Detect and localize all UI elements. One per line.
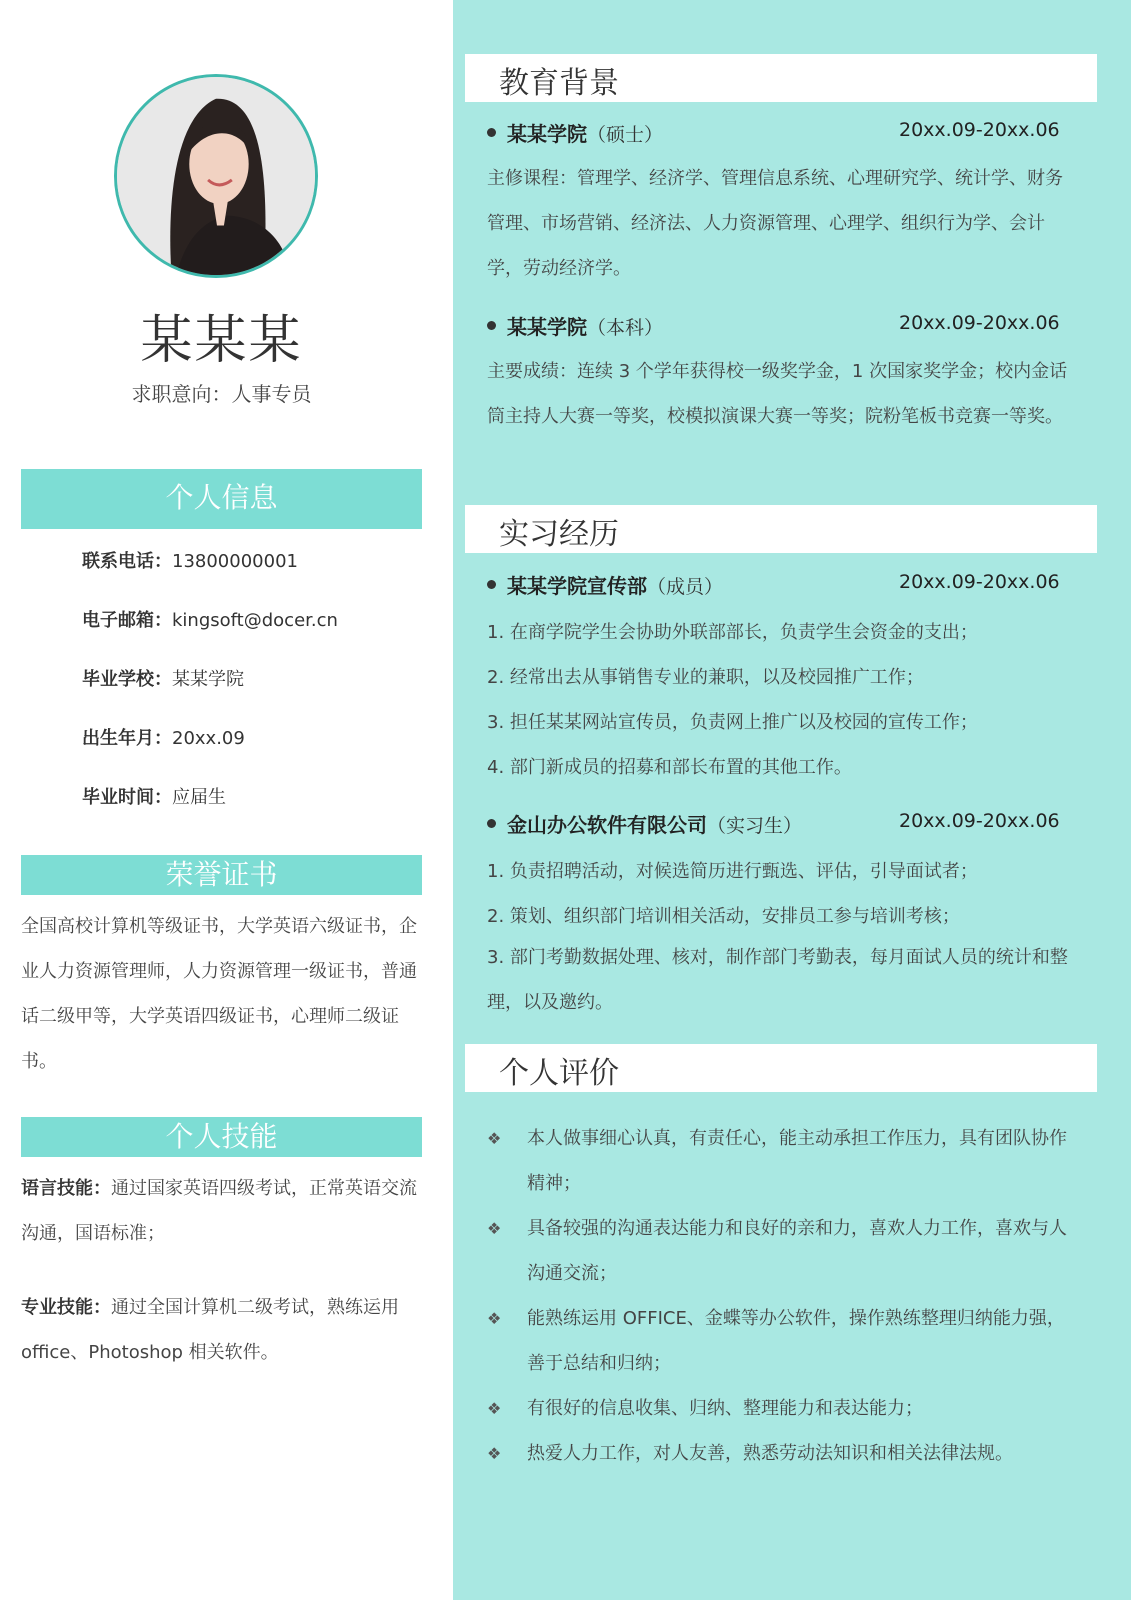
skill-label: 专业技能： bbox=[21, 1297, 111, 1318]
education-2-achievements: 主要成绩：连续 3 个学年获得校一级奖学金，1 次国家奖学金；校内金话筒主持人大… bbox=[487, 349, 1077, 439]
info-row-email: 电子邮箱：kingsoft@docer.cn bbox=[82, 606, 338, 632]
info-value: kingsoft@docer.cn bbox=[172, 610, 338, 631]
section-title: 个人技能 bbox=[165, 1120, 277, 1153]
skill-professional: 专业技能：通过全国计算机二级考试，熟练运用 office、Photoshop 相… bbox=[21, 1285, 426, 1375]
info-label: 联系电话： bbox=[82, 551, 172, 572]
portrait-photo bbox=[117, 77, 315, 275]
certificates-text: 全国高校计算机等级证书，大学英语六级证书，企业人力资源管理师，人力资源管理一级证… bbox=[21, 904, 426, 1084]
candidate-name: 某某某 bbox=[0, 298, 443, 373]
degree: （本科） bbox=[587, 317, 663, 339]
diamond-bullet-icon: ❖ bbox=[487, 1386, 501, 1431]
section-title: 荣誉证书 bbox=[165, 858, 277, 891]
job-intent: 求职意向：人事专员 bbox=[0, 378, 443, 407]
evaluation-text: 能熟练运用 OFFICE、金蝶等办公软件，操作熟练整理归纳能力强，善于总结和归纳… bbox=[527, 1296, 1072, 1386]
bullet-dot-icon bbox=[487, 819, 496, 828]
info-value: 13800000001 bbox=[172, 551, 298, 572]
education-entry-1: 某某学院（硕士） 20xx.09-20xx.06 bbox=[487, 118, 1097, 148]
education-entry-2: 某某学院（本科） 20xx.09-20xx.06 bbox=[487, 311, 1097, 341]
school-name: 某某学院 bbox=[507, 315, 587, 339]
school-name: 某某学院 bbox=[507, 122, 587, 146]
info-value: 20xx.09 bbox=[172, 728, 245, 749]
bullet-dot-icon bbox=[487, 580, 496, 589]
section-header-evaluation: 个人评价 bbox=[465, 1044, 1097, 1092]
org-name: 金山办公软件有限公司 bbox=[507, 813, 707, 837]
entry-heading: 某某学院（本科） bbox=[507, 311, 663, 340]
duty-item: 3. 担任某某网站宣传员，负责网上推广以及校园的宣传工作； bbox=[487, 708, 1087, 734]
section-title: 个人信息 bbox=[165, 481, 277, 514]
info-label: 出生年月： bbox=[82, 728, 172, 749]
section-header-certificates: 荣誉证书 bbox=[21, 855, 422, 895]
evaluation-text: 有很好的信息收集、归纳、整理能力和表达能力； bbox=[527, 1386, 1072, 1431]
diamond-bullet-icon: ❖ bbox=[487, 1296, 501, 1341]
info-value: 某某学院 bbox=[172, 669, 244, 690]
info-row-phone: 联系电话：13800000001 bbox=[82, 547, 298, 573]
info-row-school: 毕业学校：某某学院 bbox=[82, 665, 244, 691]
section-title: 个人评价 bbox=[499, 1048, 619, 1092]
date-range: 20xx.09-20xx.06 bbox=[899, 312, 1060, 334]
avatar bbox=[114, 74, 318, 278]
info-label: 毕业学校： bbox=[82, 669, 172, 690]
duty-item: 2. 策划、组织部门培训相关活动，安排员工参与培训考核； bbox=[487, 902, 1087, 928]
duty-item: 1. 在商学院学生会协助外联部部长，负责学生会资金的支出； bbox=[487, 618, 1087, 644]
right-column: 教育背景 某某学院（硕士） 20xx.09-20xx.06 主修课程：管理学、经… bbox=[453, 0, 1131, 1600]
entry-heading: 金山办公软件有限公司（实习生） bbox=[507, 809, 802, 838]
entry-heading: 某某学院宣传部（成员） bbox=[507, 570, 723, 599]
section-title: 教育背景 bbox=[499, 58, 619, 102]
job-intent-label: 求职意向： bbox=[132, 382, 232, 406]
skill-label: 语言技能： bbox=[21, 1178, 111, 1199]
date-range: 20xx.09-20xx.06 bbox=[899, 810, 1060, 832]
date-range: 20xx.09-20xx.06 bbox=[899, 571, 1060, 593]
role: （成员） bbox=[647, 576, 723, 598]
section-header-skills: 个人技能 bbox=[21, 1117, 422, 1157]
internship-entry-2: 金山办公软件有限公司（实习生） 20xx.09-20xx.06 bbox=[487, 809, 1097, 839]
diamond-bullet-icon: ❖ bbox=[487, 1431, 501, 1476]
info-label: 电子邮箱： bbox=[82, 610, 172, 631]
degree: （硕士） bbox=[587, 124, 663, 146]
evaluation-text: 本人做事细心认真，有责任心，能主动承担工作压力，具有团队协作精神； bbox=[527, 1116, 1072, 1206]
section-title: 实习经历 bbox=[499, 509, 619, 553]
info-label: 毕业时间： bbox=[82, 787, 172, 808]
duty-item: 1. 负责招聘活动，对候选简历进行甄选、评估，引导面试者； bbox=[487, 857, 1087, 883]
entry-heading: 某某学院（硕士） bbox=[507, 118, 663, 147]
section-header-internship: 实习经历 bbox=[465, 505, 1097, 553]
duty-item: 2. 经常出去从事销售专业的兼职，以及校园推广工作； bbox=[487, 663, 1087, 689]
date-range: 20xx.09-20xx.06 bbox=[899, 119, 1060, 141]
info-row-birth: 出生年月：20xx.09 bbox=[82, 724, 245, 750]
diamond-bullet-icon: ❖ bbox=[487, 1206, 501, 1251]
section-header-personal-info: 个人信息 bbox=[21, 469, 422, 529]
left-column: 某某某 求职意向：人事专员 个人信息 联系电话：13800000001 电子邮箱… bbox=[0, 0, 453, 1600]
role: （实习生） bbox=[707, 815, 802, 837]
skill-language: 语言技能：通过国家英语四级考试，正常英语交流沟通，国语标准； bbox=[21, 1166, 426, 1256]
section-header-education: 教育背景 bbox=[465, 54, 1097, 102]
internship-entry-1: 某某学院宣传部（成员） 20xx.09-20xx.06 bbox=[487, 570, 1097, 600]
diamond-bullet-icon: ❖ bbox=[487, 1116, 501, 1161]
bullet-dot-icon bbox=[487, 321, 496, 330]
job-intent-value: 人事专员 bbox=[232, 382, 312, 406]
evaluation-text: 热爱人力工作，对人友善，熟悉劳动法知识和相关法律法规。 bbox=[527, 1431, 1072, 1476]
org-name: 某某学院宣传部 bbox=[507, 574, 647, 598]
info-value: 应届生 bbox=[172, 787, 226, 808]
evaluation-text: 具备较强的沟通表达能力和良好的亲和力，喜欢人力工作，喜欢与人沟通交流； bbox=[527, 1206, 1072, 1296]
info-row-graduation: 毕业时间：应届生 bbox=[82, 783, 226, 809]
duty-item: 3. 部门考勤数据处理、核对，制作部门考勤表，每月面试人员的统计和整理，以及邀约… bbox=[487, 935, 1077, 1025]
education-1-courses: 主修课程：管理学、经济学、管理信息系统、心理研究学、统计学、财务管理、市场营销、… bbox=[487, 156, 1077, 291]
bullet-dot-icon bbox=[487, 128, 496, 137]
duty-item: 4. 部门新成员的招募和部长布置的其他工作。 bbox=[487, 753, 1087, 779]
